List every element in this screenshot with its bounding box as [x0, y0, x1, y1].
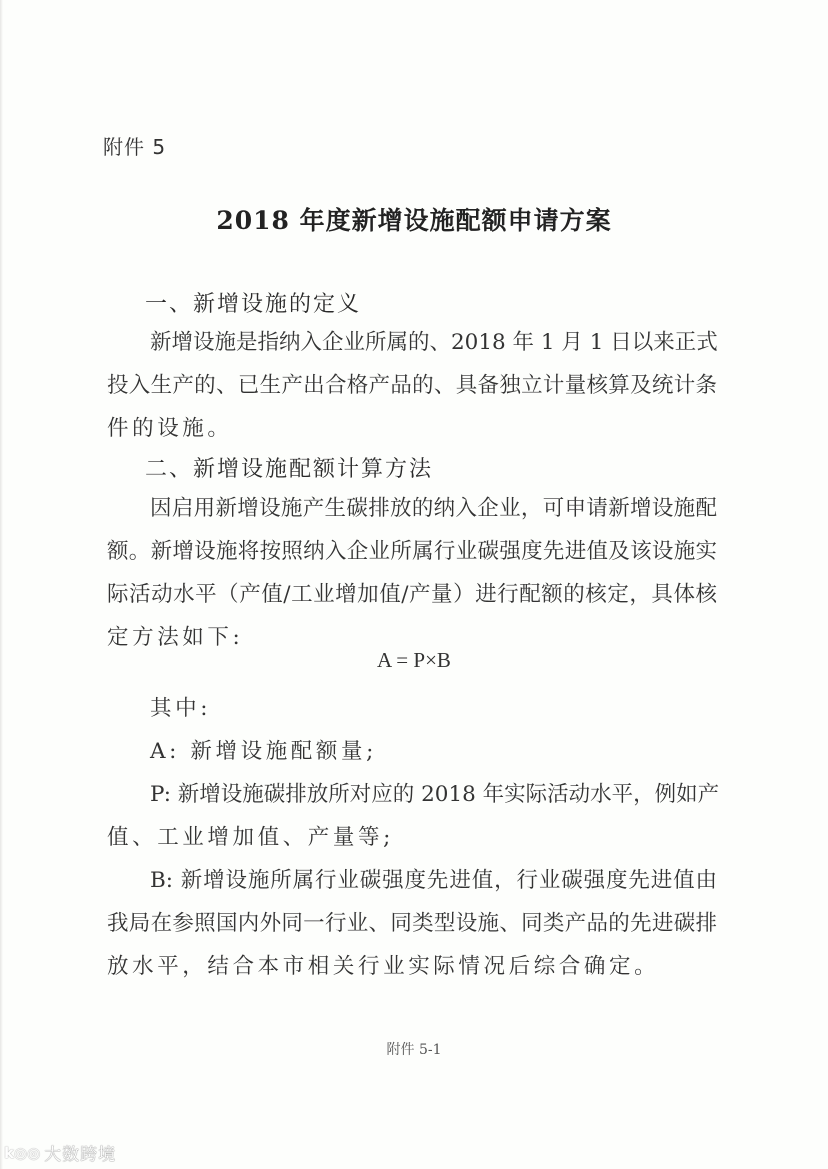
definition-p: P: 新增设施碳排放所对应的 2018 年实际活动水平，例如产 — [150, 777, 717, 808]
page-edge — [0, 0, 3, 1169]
where-label: 其中: — [150, 691, 717, 722]
paragraph-line: 新增设施是指纳入企业所属的、2018 年 1 月 1 日以来正式 — [150, 325, 717, 356]
section-heading-calculation-method: 二、新增设施配额计算方法 — [145, 452, 433, 483]
paragraph-line: 投入生产的、已生产出合格产品的、具备独立计量核算及统计条 — [107, 368, 717, 399]
watermark-text: 大数跨境 — [44, 1140, 116, 1165]
definition-b: B: 新增设施所属行业碳强度先进值，行业碳强度先进值由 — [150, 863, 717, 894]
paragraph-line: 因启用新增设施产生碳排放的纳入企业，可申请新增设施配 — [150, 491, 717, 522]
paragraph-line: 定方法如下: — [107, 620, 717, 651]
section-heading-definition: 一、新增设施的定义 — [145, 287, 361, 318]
watermark-logo-icon: k◎◎ — [4, 1144, 40, 1162]
definition-a: A: 新增设施配额量; — [150, 734, 717, 765]
paragraph-line: 件的设施。 — [107, 411, 717, 442]
watermark: k◎◎ 大数跨境 — [4, 1140, 116, 1165]
paragraph-line: 额。新增设施将按照纳入企业所属行业碳强度先进值及该设施实 — [107, 534, 717, 565]
definition-b-continued: 放水平，结合本市相关行业实际情况后综合确定。 — [107, 949, 717, 980]
page-number: 附件 5-1 — [0, 1039, 828, 1059]
attachment-label: 附件 5 — [103, 131, 166, 160]
definition-b-continued: 我局在参照国内外同一行业、同类型设施、同类产品的先进碳排 — [107, 906, 717, 937]
formula: A = P×B — [0, 648, 828, 673]
paragraph-line: 际活动水平（产值/工业增加值/产量）进行配额的核定，具体核 — [107, 577, 717, 608]
document-title: 2018 年度新增设施配额申请方案 — [0, 201, 828, 237]
definition-p-continued: 值、工业增加值、产量等; — [107, 820, 717, 851]
